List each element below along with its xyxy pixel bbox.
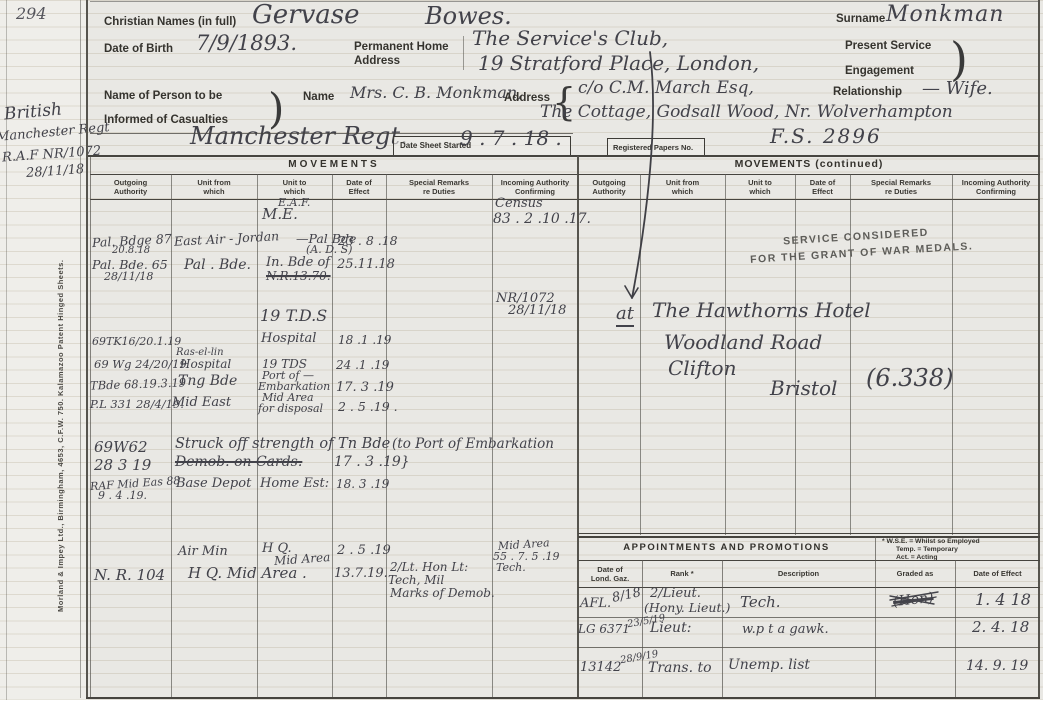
informed-name-value: Mrs. C. B. Monkman, — [350, 83, 522, 102]
card-right-edge — [1038, 0, 1040, 698]
sheet-left-edge — [6, 0, 7, 707]
ml-entry: 23 . 8 .18 — [338, 233, 398, 248]
mr-col-line-3 — [795, 174, 796, 535]
movements-continued-title: MOVEMENTS (continued) — [578, 158, 1040, 170]
ml-entry: H Q. Mid Area . — [188, 564, 307, 582]
hotel-address-line-2: Woodland Road — [664, 330, 822, 354]
ap-header-description: Description — [722, 561, 875, 587]
informed-label-1: Name of Person to be — [104, 90, 222, 102]
registered-papers-box: Registered Papers No. — [607, 138, 705, 156]
mr-header-incoming: Incoming AuthorityConfirming — [952, 175, 1040, 199]
mr-col-line-2 — [725, 174, 726, 535]
date-sheet-started-value: 9 . 7 . 18 . — [460, 126, 562, 150]
ml-entry: Census — [495, 196, 543, 211]
ap-entry: Unemp. list — [728, 657, 810, 673]
ml-entry: 28 3 19 — [94, 456, 151, 474]
ml-entry: 28/11/18 — [104, 270, 153, 283]
ap-entry-scribbled: (Hon) — [892, 590, 934, 610]
ml-entry: for disposal — [258, 402, 323, 415]
ml-entry: 2/Lt. Hon Lt: — [390, 560, 468, 574]
mr-header-remarks: Special Remarksre Duties — [850, 175, 952, 199]
ml-entry: 28/11/18 — [508, 303, 566, 318]
ap-legend-line-1: * W.S.E. = Whilst so Employed — [882, 538, 980, 545]
address-brace-mark — [463, 36, 464, 70]
ap-entry: 14. 9. 19 — [966, 658, 1028, 674]
printer-imprint: Morland & Impey Ltd., Birmingham, 4653, … — [56, 222, 65, 612]
ap-header-gazette: Date ofLond. Gaz. — [578, 561, 642, 587]
ap-entry: AFL. — [580, 596, 611, 611]
movements-title: MOVEMENTS — [90, 159, 578, 170]
card-bottom-edge — [86, 697, 1040, 699]
ml-entry: N. R. 104 — [94, 566, 165, 584]
relationship-value: — Wife. — [922, 78, 993, 99]
registered-papers-value: F.S. 2896 — [770, 124, 882, 148]
ml-entry: 2 . 5 .19 — [337, 543, 391, 558]
ap-top-line-1 — [578, 533, 1040, 534]
ml-entry: Hospital — [180, 357, 231, 371]
ap-entry: 2/Lieut. — [650, 586, 701, 601]
ml-entry: 69TK16/20.1.19 — [92, 335, 181, 348]
ml-entry: Hospital — [261, 331, 316, 346]
christian-first-value: Gervase — [252, 0, 360, 30]
home-address-value-1: The Service's Club, — [472, 26, 668, 50]
ml-entry: 18 .1 .19 — [338, 333, 391, 347]
ml-entry: (to Port of Embarkation — [392, 436, 554, 452]
dob-label: Date of Birth — [104, 43, 173, 55]
margin-note-british: British — [3, 100, 63, 125]
ml-entry: 25.11.18 — [337, 257, 395, 272]
ml-entry: Tng Bde — [178, 373, 237, 389]
ml-entry: Tech, Mil — [388, 573, 444, 587]
ml-entry: 19 T.D.S — [260, 306, 327, 325]
ap-entry: w.p t a gawk. — [742, 622, 829, 637]
service-record-sheet: 294 British Manchester Regt R.A.F NR/107… — [0, 0, 1043, 707]
home-address-label-2: Address — [354, 55, 400, 67]
ml-entry: 13.7.19. — [334, 566, 388, 581]
dob-value: 7/9/1893. — [196, 31, 297, 55]
informed-address-value-1: c/o C.M. March Esq, — [578, 78, 754, 98]
name-label: Name — [303, 91, 334, 103]
home-address-label-1: Permanent Home — [354, 41, 449, 53]
margin-note-date: 28/11/18 — [26, 162, 85, 181]
ml-entry-struck: N.R.13.70. — [266, 269, 331, 283]
mr-header-date: Date ofEffect — [795, 175, 850, 199]
mr-header-unit-to: Unit towhich — [725, 175, 795, 199]
regiment-value: Manchester Regt. — [190, 122, 408, 150]
ap-entry: 8/18 — [611, 585, 643, 606]
ml-entry: 69 Wg 24/20/19 — [94, 357, 187, 371]
christian-names-label: Christian Names (in full) — [104, 16, 236, 28]
present-service-label: Present Service — [845, 40, 931, 52]
ml-header-unit-from: Unit fromwhich — [171, 175, 257, 199]
binding-line-thick — [86, 0, 88, 698]
ap-entry: 1. 4 18 — [975, 590, 1031, 609]
ml-entry: In. Bde of — [266, 255, 330, 270]
engagement-label: Engagement — [845, 65, 914, 77]
ap-header-graded: Graded as — [875, 561, 955, 587]
ap-entry: Trans. to — [648, 660, 712, 676]
ml-header-outgoing: OutgoingAuthority — [90, 175, 171, 199]
surname-value: Monkman — [886, 2, 1004, 27]
bottom-white-strip — [0, 700, 1043, 707]
ml-entry: 18. 3 .19 — [336, 477, 389, 491]
ml-entry: 83 . 2 .10 .17. — [493, 211, 591, 227]
ap-entry: Tech. — [740, 593, 781, 611]
mr-header-outgoing: OutgoingAuthority — [578, 175, 640, 199]
ml-entry: 17 . 3 .19} — [334, 454, 410, 470]
ap-entry: Lieut: — [650, 620, 691, 636]
hotel-address-line-3: Clifton — [668, 356, 736, 380]
ml-entry: Home Est: — [260, 476, 329, 491]
ap-row-line-2 — [578, 647, 1040, 648]
ml-entry: 17. 3 .19 — [336, 380, 394, 395]
ml-entry: M.E. — [262, 205, 298, 223]
mr-header-underline — [578, 199, 1040, 200]
ml-entry: 69W62 — [94, 438, 148, 456]
tables-top-line — [88, 155, 1040, 157]
registered-papers-label: Registered Papers No. — [613, 143, 693, 152]
hotel-address-line-4: Bristol — [770, 376, 837, 400]
mr-col-line-4 — [850, 174, 851, 535]
binding-line-thin — [80, 0, 81, 698]
ml-entry: 20.8.18 — [112, 245, 150, 256]
mr-header-unit-from: Unit fromwhich — [640, 175, 725, 199]
reference-number: (6.338) — [866, 364, 953, 392]
ml-entry: 24 .1 .19 — [336, 358, 389, 372]
ml-entry: P.L 331 28/4/19. — [90, 397, 184, 411]
margin-page-number: 294 — [16, 4, 47, 23]
ml-entry: Base Depot — [176, 476, 251, 491]
ap-legend-line-2: Temp. = Temporary — [882, 546, 958, 553]
hotel-address-line-1: The Hawthorns Hotel — [652, 298, 871, 322]
at-note: at — [616, 303, 634, 327]
ap-entry: 13142 — [580, 660, 621, 675]
ml-header-remarks: Special Remarksre Duties — [386, 175, 492, 199]
mr-col-line-5 — [952, 174, 953, 535]
ml-entry: East Air - Jordan — [174, 228, 280, 248]
home-address-value-2: 19 Stratford Place, London, — [478, 51, 759, 75]
ml-entry: Tech. — [496, 561, 526, 574]
ap-header-rank: Rank * — [642, 561, 722, 587]
ap-entry: (Hony. Lieut.) — [644, 600, 730, 615]
ml-entry: 9 . 4 .19. — [98, 489, 147, 502]
informed-address-value-2: The Cottage, Godsall Wood, Nr. Wolverham… — [540, 102, 953, 122]
ap-header-underline — [578, 587, 1040, 588]
ml-col-line-1 — [171, 174, 172, 697]
ml-entry: Mid East — [172, 395, 231, 410]
ap-entry: LG 6371 — [578, 622, 630, 636]
ml-entry: Pal . Bde. — [184, 257, 251, 273]
ml-entry: 2 . 5 .19 . — [338, 399, 398, 414]
ml-header-date: Date ofEffect — [332, 175, 386, 199]
ml-entry: Struck off strength of Tn Bde — [175, 436, 390, 452]
relationship-label: Relationship — [833, 86, 902, 98]
ap-entry: 2. 4. 18 — [972, 618, 1029, 636]
center-divider — [577, 156, 579, 697]
mr-col-line-1 — [640, 174, 641, 535]
surname-label: Surname — [836, 13, 885, 25]
ml-entry-struck: Demob. on Cards. — [175, 454, 302, 470]
ap-header-date: Date of Effect — [955, 561, 1040, 587]
ml-entry: Marks of Demob. — [390, 586, 495, 600]
appointments-title: APPOINTMENTS AND PROMOTIONS — [578, 542, 875, 553]
ap-legend: * W.S.E. = Whilst so Employed Temp. = Te… — [882, 538, 980, 562]
ml-entry: Air Min — [178, 544, 228, 559]
